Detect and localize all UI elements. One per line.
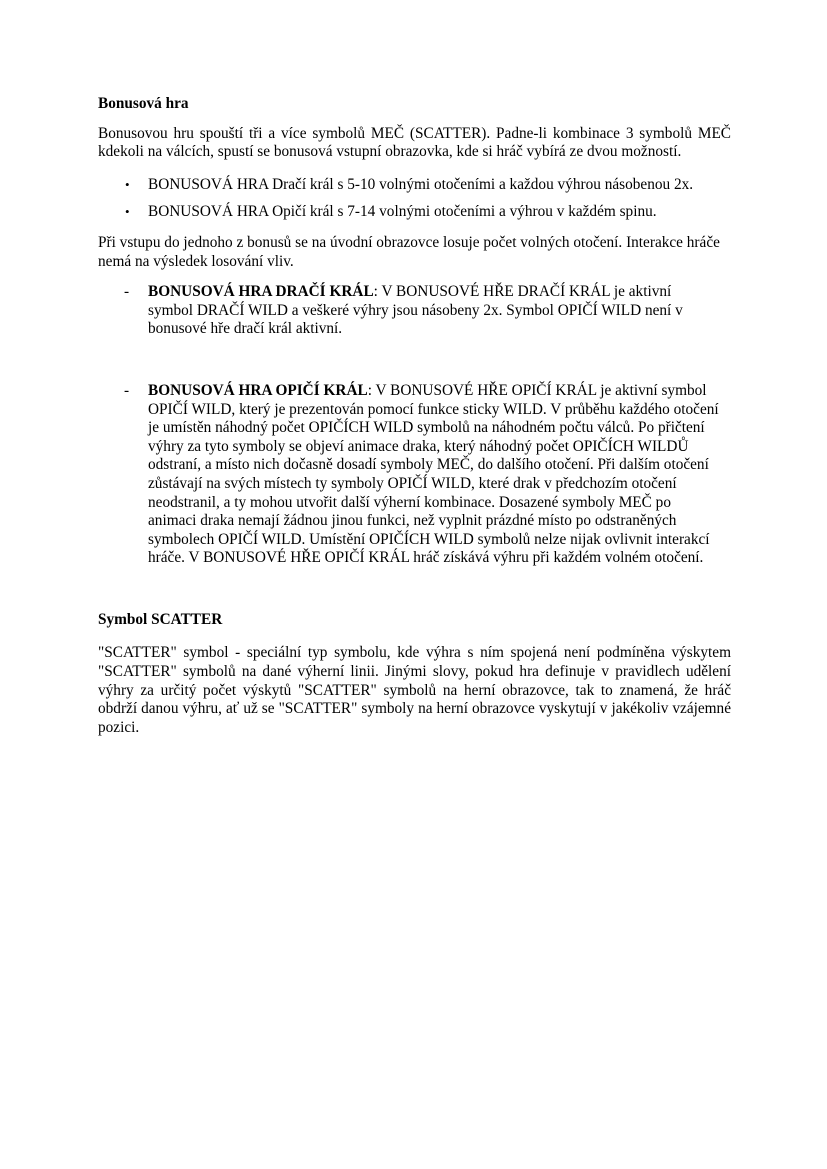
section-heading-scatter: Symbol SCATTER — [98, 611, 731, 630]
document-page: Bonusová hra Bonusovou hru spouští tři a… — [98, 95, 731, 737]
bullet-icon: • — [125, 203, 130, 222]
detail-title: BONUSOVÁ HRA DRAČÍ KRÁL — [148, 283, 374, 300]
list-item: • BONUSOVÁ HRA Dračí král s 5-10 volnými… — [98, 176, 731, 195]
bonus-option-text: BONUSOVÁ HRA Opičí král s 7-14 volnými o… — [148, 203, 657, 220]
list-item: - BONUSOVÁ HRA DRAČÍ KRÁL: V BONUSOVÉ HŘ… — [98, 283, 731, 339]
bonus-options-list: • BONUSOVÁ HRA Dračí král s 5-10 volnými… — [98, 176, 731, 222]
bonus-option-text: BONUSOVÁ HRA Dračí král s 5-10 volnými o… — [148, 176, 693, 193]
section-heading-bonus-game: Bonusová hra — [98, 95, 731, 114]
bullet-icon: • — [125, 176, 130, 195]
scatter-paragraph: "SCATTER" symbol - speciální typ symbolu… — [98, 644, 731, 737]
list-item: - BONUSOVÁ HRA OPIČÍ KRÁL: V BONUSOVÉ HŘ… — [98, 382, 731, 568]
dash-bullet-icon: - — [124, 283, 129, 302]
detail-text: : V BONUSOVÉ HŘE OPIČÍ KRÁL je aktivní s… — [148, 382, 719, 566]
dash-bullet-icon: - — [124, 382, 129, 401]
detail-title: BONUSOVÁ HRA OPIČÍ KRÁL — [148, 382, 368, 399]
bonus-details-list: - BONUSOVÁ HRA DRAČÍ KRÁL: V BONUSOVÉ HŘ… — [98, 283, 731, 568]
list-item: • BONUSOVÁ HRA Opičí král s 7-14 volnými… — [98, 203, 731, 222]
bonus-intro-paragraph: Bonusovou hru spouští tři a více symbolů… — [98, 125, 731, 162]
draw-note-paragraph: Při vstupu do jednoho z bonusů se na úvo… — [98, 234, 731, 271]
